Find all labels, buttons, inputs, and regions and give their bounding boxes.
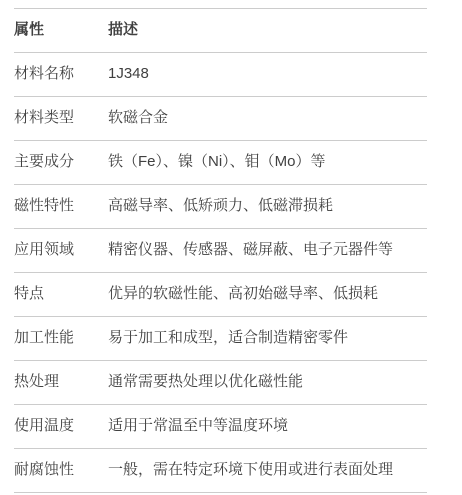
desc-cell: 精密仪器、传感器、磁屏蔽、电子元器件等 [108,229,427,273]
table-row: 磁性特性 高磁导率、低矫顽力、低磁滞损耗 [14,185,427,229]
header-cell-description: 描述 [108,9,427,53]
desc-cell: 一般，需在特定环境下使用或进行表面处理 [108,449,427,493]
header-row: 属性 描述 [14,9,427,53]
desc-cell: 优异的软磁性能、高初始磁导率、低损耗 [108,273,427,317]
attr-cell: 特点 [14,273,108,317]
material-properties-table: 属性 描述 材料名称 1J348 材料类型 软磁合金 主要成分 铁（Fe）、镍（… [14,8,427,493]
attr-cell: 使用温度 [14,405,108,449]
table-row: 加工性能 易于加工和成型，适合制造精密零件 [14,317,427,361]
material-properties-table-container: 属性 描述 材料名称 1J348 材料类型 软磁合金 主要成分 铁（Fe）、镍（… [14,8,427,493]
attr-cell: 耐腐蚀性 [14,449,108,493]
table-row: 特点 优异的软磁性能、高初始磁导率、低损耗 [14,273,427,317]
attr-cell: 材料类型 [14,97,108,141]
table-row: 耐腐蚀性 一般，需在特定环境下使用或进行表面处理 [14,449,427,493]
desc-cell: 通常需要热处理以优化磁性能 [108,361,427,405]
desc-cell: 铁（Fe）、镍（Ni）、钼（Mo）等 [108,141,427,185]
table-row: 使用温度 适用于常温至中等温度环境 [14,405,427,449]
table-row: 热处理 通常需要热处理以优化磁性能 [14,361,427,405]
attr-cell: 材料名称 [14,53,108,97]
desc-cell: 软磁合金 [108,97,427,141]
table-row: 材料名称 1J348 [14,53,427,97]
table-header: 属性 描述 [14,9,427,53]
attr-cell: 热处理 [14,361,108,405]
desc-cell: 适用于常温至中等温度环境 [108,405,427,449]
desc-cell: 高磁导率、低矫顽力、低磁滞损耗 [108,185,427,229]
attr-cell: 主要成分 [14,141,108,185]
table-row: 应用领域 精密仪器、传感器、磁屏蔽、电子元器件等 [14,229,427,273]
desc-cell: 易于加工和成型，适合制造精密零件 [108,317,427,361]
header-cell-attribute: 属性 [14,9,108,53]
table-row: 材料类型 软磁合金 [14,97,427,141]
desc-cell: 1J348 [108,53,427,97]
table-body: 材料名称 1J348 材料类型 软磁合金 主要成分 铁（Fe）、镍（Ni）、钼（… [14,53,427,493]
attr-cell: 磁性特性 [14,185,108,229]
table-row: 主要成分 铁（Fe）、镍（Ni）、钼（Mo）等 [14,141,427,185]
attr-cell: 应用领域 [14,229,108,273]
attr-cell: 加工性能 [14,317,108,361]
